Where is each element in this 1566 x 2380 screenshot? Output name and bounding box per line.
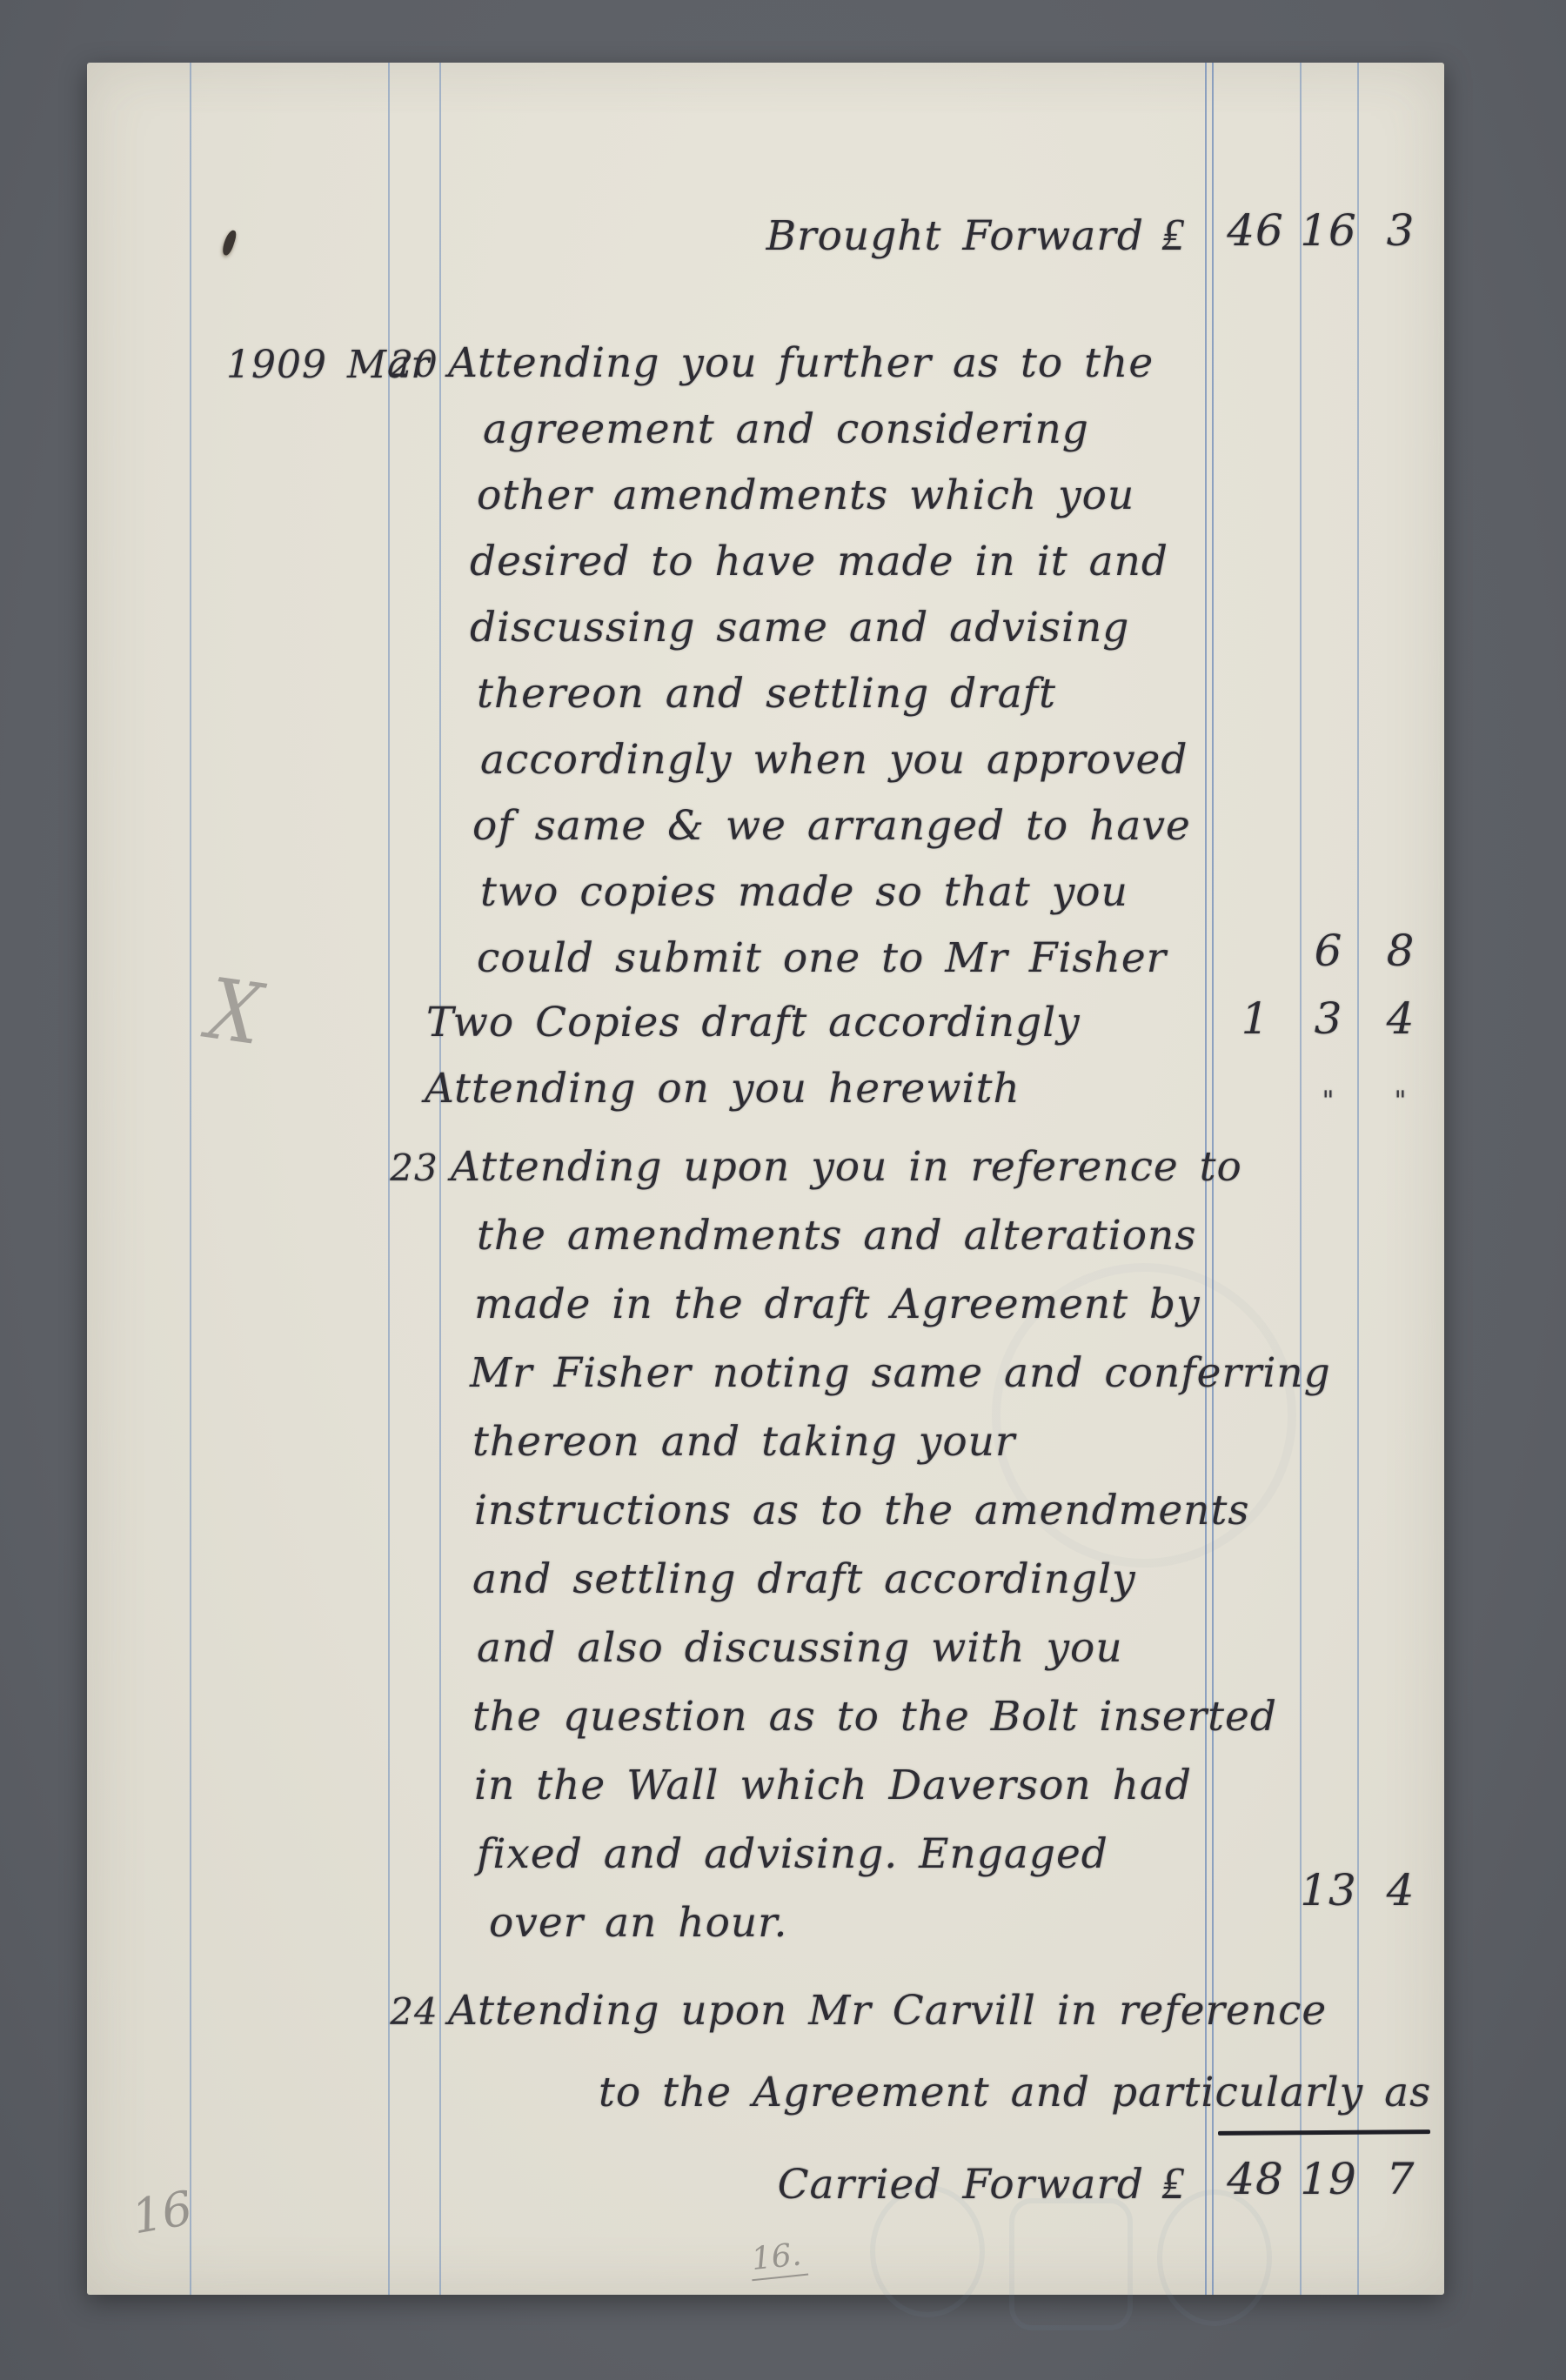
entry-line: made in the draft Agreement by [474,1280,1201,1328]
entry-line: accordingly when you approved [480,736,1188,784]
pound-sign: ₤ [1161,209,1185,261]
entry-line: Attending upon Mr Carvill in reference [448,1987,1327,2035]
entry-pence-ditto: " [1361,1086,1441,1116]
entry-line: Two Copies draft accordingly [426,999,1081,1046]
entry-line: thereon and settling draft [477,670,1056,718]
brought-forward-row: Brought Forward ₤ [766,209,1185,261]
brought-forward-shillings: 16 [1288,205,1369,256]
entry-line: could submit one to Mr Fisher [477,934,1167,982]
entry-line: the amendments and alterations [477,1212,1196,1260]
entry-line: the question as to the Bolt inserted [472,1693,1277,1741]
entry-line: fixed and advising. Engaged [477,1830,1108,1878]
entry-line: Mr Fisher noting same and conferring [470,1349,1331,1397]
entry-shillings-ditto: " [1288,1086,1369,1116]
shillings-column-rule [1300,63,1302,2295]
carried-forward-pence: 7 [1361,2154,1441,2204]
entry-line: other amendments which you [477,471,1134,519]
entry-line: two copies made so that you [480,868,1128,916]
entry-line: and settling draft accordingly [472,1555,1136,1603]
entry-pence: 8 [1361,926,1441,976]
brought-forward-pence: 3 [1361,205,1441,256]
entry-line: to the Agreement and particularly as [599,2069,1431,2116]
entry-line: over an hour. [489,1899,787,1947]
entry-pence: 4 [1361,993,1441,1044]
entry-pounds: 1 [1215,993,1295,1044]
entry-line: in the Wall which Daverson had [474,1762,1192,1809]
carried-forward-shillings: 19 [1288,2154,1369,2204]
entry-day: 23 [388,1147,440,1189]
entry-line: thereon and taking your [472,1418,1015,1466]
margin-rule [190,63,191,2295]
pencil-folio-number: 16 [128,2181,197,2245]
total-rule [1218,2129,1430,2136]
pence-column-rule [1357,63,1359,2295]
brought-forward-label: Brought Forward [766,212,1144,260]
entry-line: Attending on you herewith [425,1065,1021,1113]
entry-day: 20 [388,343,440,385]
carried-forward-pounds: 48 [1215,2154,1295,2204]
entry-line: of same & we arranged to have [472,802,1191,850]
entry-shillings: 6 [1288,926,1369,976]
entry-shillings: 3 [1288,993,1369,1044]
showthrough-mark [1157,2189,1272,2326]
showthrough-mark [1009,2198,1133,2330]
scan-background: Brought Forward ₤ 46 16 3 1909 Mar 20 At… [0,0,1566,2380]
pencil-folio-number-center: 16. [748,2236,809,2282]
entry-line: and also discussing with you [477,1624,1123,1672]
entry-day: 24 [388,1990,440,2033]
carried-forward-row: Carried Forward ₤ [778,2157,1185,2210]
pencil-cross-mark: X [202,959,267,1064]
entry-line: Attending upon you in reference to [451,1143,1242,1191]
entry-pence: 4 [1361,1865,1441,1915]
pound-sign: ₤ [1161,2157,1185,2210]
entry-line: desired to have made in it and [470,538,1168,585]
entry-shillings: 13 [1288,1865,1369,1915]
entry-line: instructions as to the amendments [474,1487,1249,1534]
carried-forward-label: Carried Forward [778,2161,1144,2209]
ledger-page: Brought Forward ₤ 46 16 3 1909 Mar 20 At… [87,63,1444,2295]
brought-forward-pounds: 46 [1215,205,1295,256]
entry-line: Attending you further as to the [448,339,1154,387]
paper-tear [221,229,238,257]
entry-line: agreement and considering [483,405,1089,453]
entry-line: discussing same and advising [470,604,1129,652]
entry-date: 1909 Mar [226,343,385,387]
